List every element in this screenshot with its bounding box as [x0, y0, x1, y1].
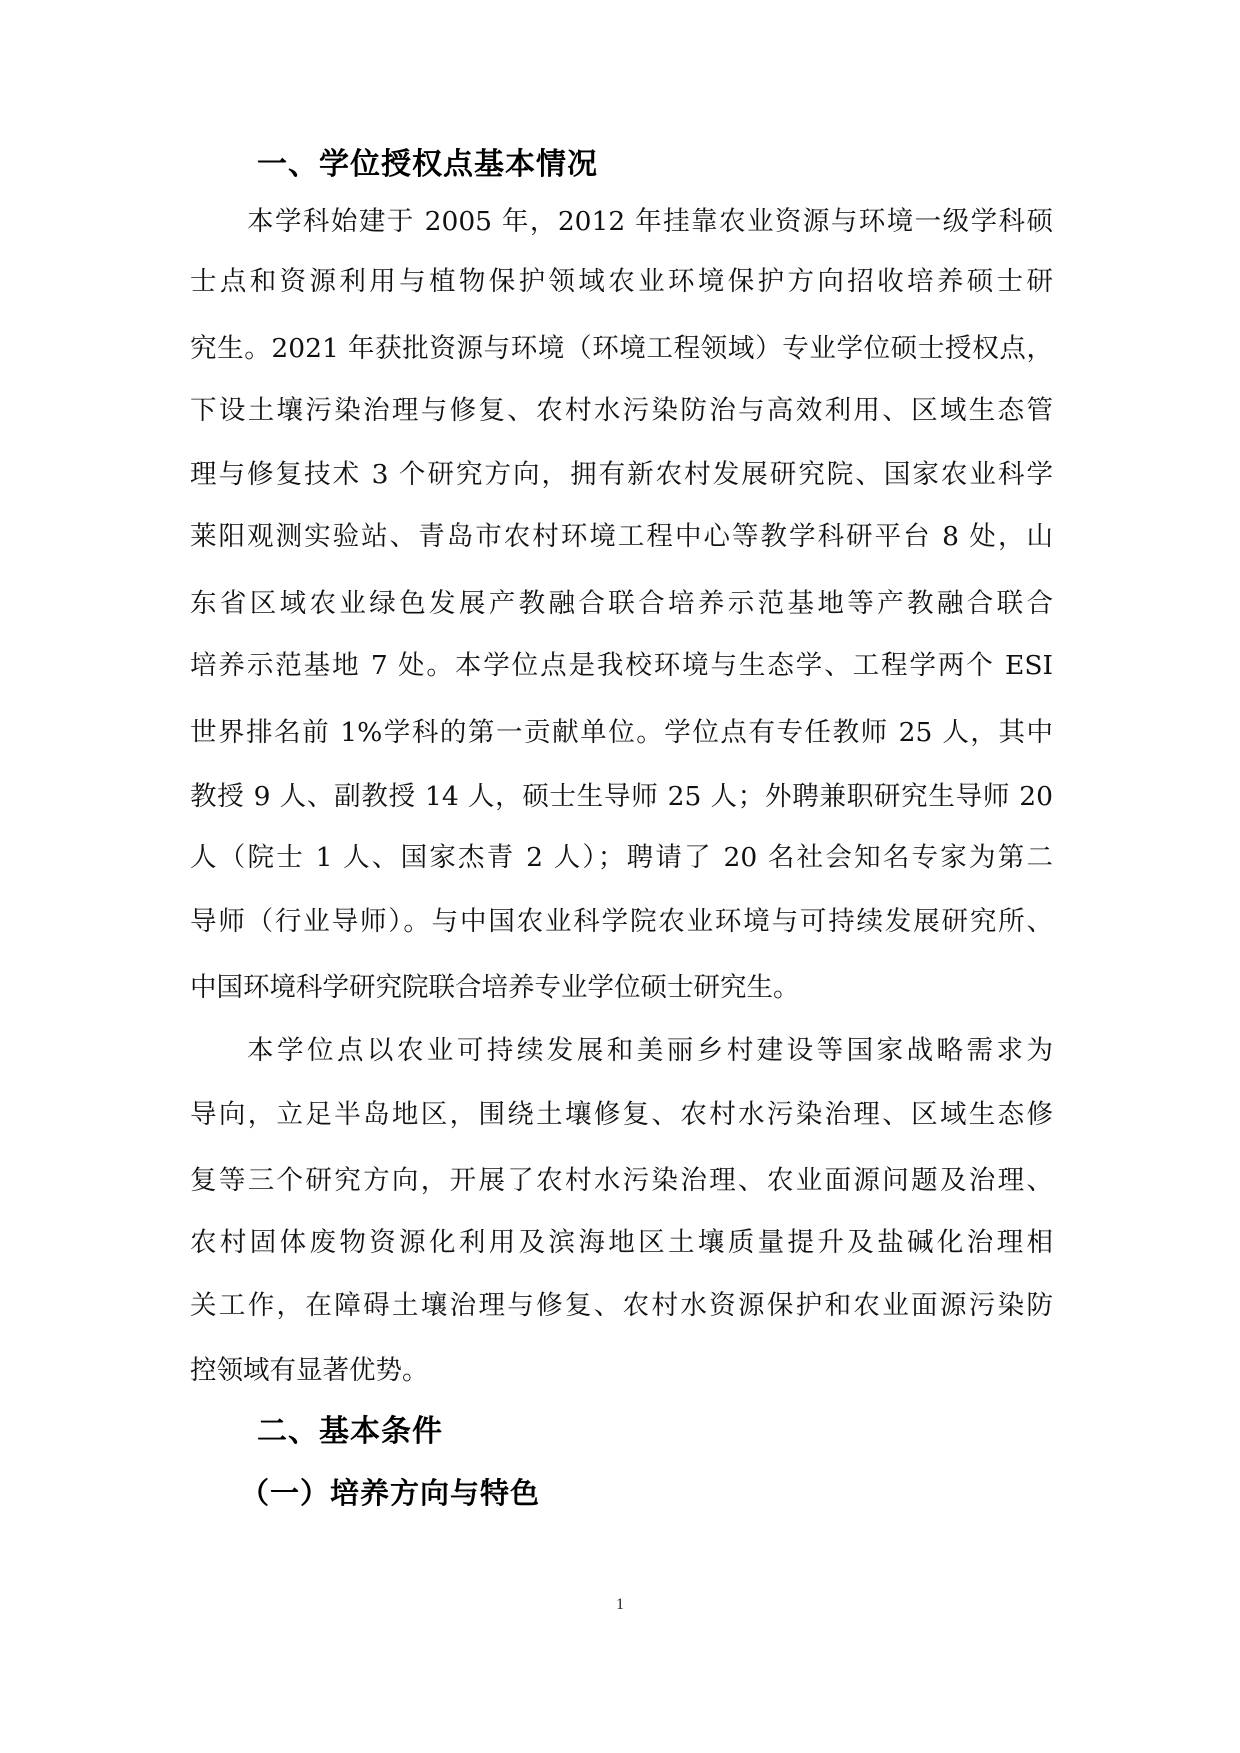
paragraph-line: 理与修复技术 3 个研究方向，拥有新农村发展研究院、国家农业科学	[190, 455, 1053, 495]
paragraph-line: 关工作，在障碍土壤治理与修复、农村水资源保护和农业面源污染防	[190, 1286, 1053, 1326]
paragraph-line: 复等三个研究方向，开展了农村水污染治理、农业面源问题及治理、	[190, 1161, 1053, 1201]
paragraph-line: 士点和资源利用与植物保护领域农业环境保护方向招收培养硕士研	[190, 262, 1053, 302]
section-heading-1: 一、学位授权点基本情况	[257, 145, 598, 185]
paragraph-line: 导向，立足半岛地区，围绕土壤修复、农村水污染治理、区域生态修	[190, 1095, 1053, 1135]
subsection-heading: （一）培养方向与特色	[240, 1473, 540, 1513]
paragraph-line: 控领域有显著优势。	[190, 1351, 1053, 1391]
paragraph-line: 东省区域农业绿色发展产教融合联合培养示范基地等产教融合联合	[190, 584, 1053, 624]
paragraph-line: 人（院士 1 人、国家杰青 2 人）；聘请了 20 名社会知名专家为第二	[190, 838, 1053, 878]
document-page: 一、学位授权点基本情况 本学科始建于 2005 年，2012 年挂靠农业资源与环…	[0, 0, 1240, 1753]
paragraph-line: 下设土壤污染治理与修复、农村水污染防治与高效利用、区域生态管	[190, 391, 1053, 431]
paragraph-line: 本学科始建于 2005 年，2012 年挂靠农业资源与环境一级学科硕	[247, 202, 1053, 242]
paragraph-line: 究生。2021 年获批资源与环境（环境工程领域）专业学位硕士授权点，	[190, 329, 1053, 369]
paragraph-line: 世界排名前 1%学科的第一贡献单位。学位点有专任教师 25 人，其中	[190, 713, 1053, 753]
paragraph-line: 培养示范基地 7 处。本学位点是我校环境与生态学、工程学两个 ESI	[190, 646, 1053, 686]
paragraph-line: 教授 9 人、副教授 14 人，硕士生导师 25 人；外聘兼职研究生导师 20	[190, 777, 1053, 817]
paragraph-line: 中国环境科学研究院联合培养专业学位硕士研究生。	[190, 968, 1053, 1008]
section-heading-2: 二、基本条件	[257, 1412, 443, 1452]
paragraph-line: 莱阳观测实验站、青岛市农村环境工程中心等教学科研平台 8 处，山	[190, 517, 1053, 557]
paragraph-line: 本学位点以农业可持续发展和美丽乡村建设等国家战略需求为	[247, 1031, 1053, 1071]
paragraph-line: 农村固体废物资源化利用及滨海地区土壤质量提升及盐碱化治理相	[190, 1223, 1053, 1263]
paragraph-line: 导师（行业导师）。与中国农业科学院农业环境与可持续发展研究所、	[190, 902, 1053, 942]
page-number: 1	[0, 1596, 1240, 1614]
